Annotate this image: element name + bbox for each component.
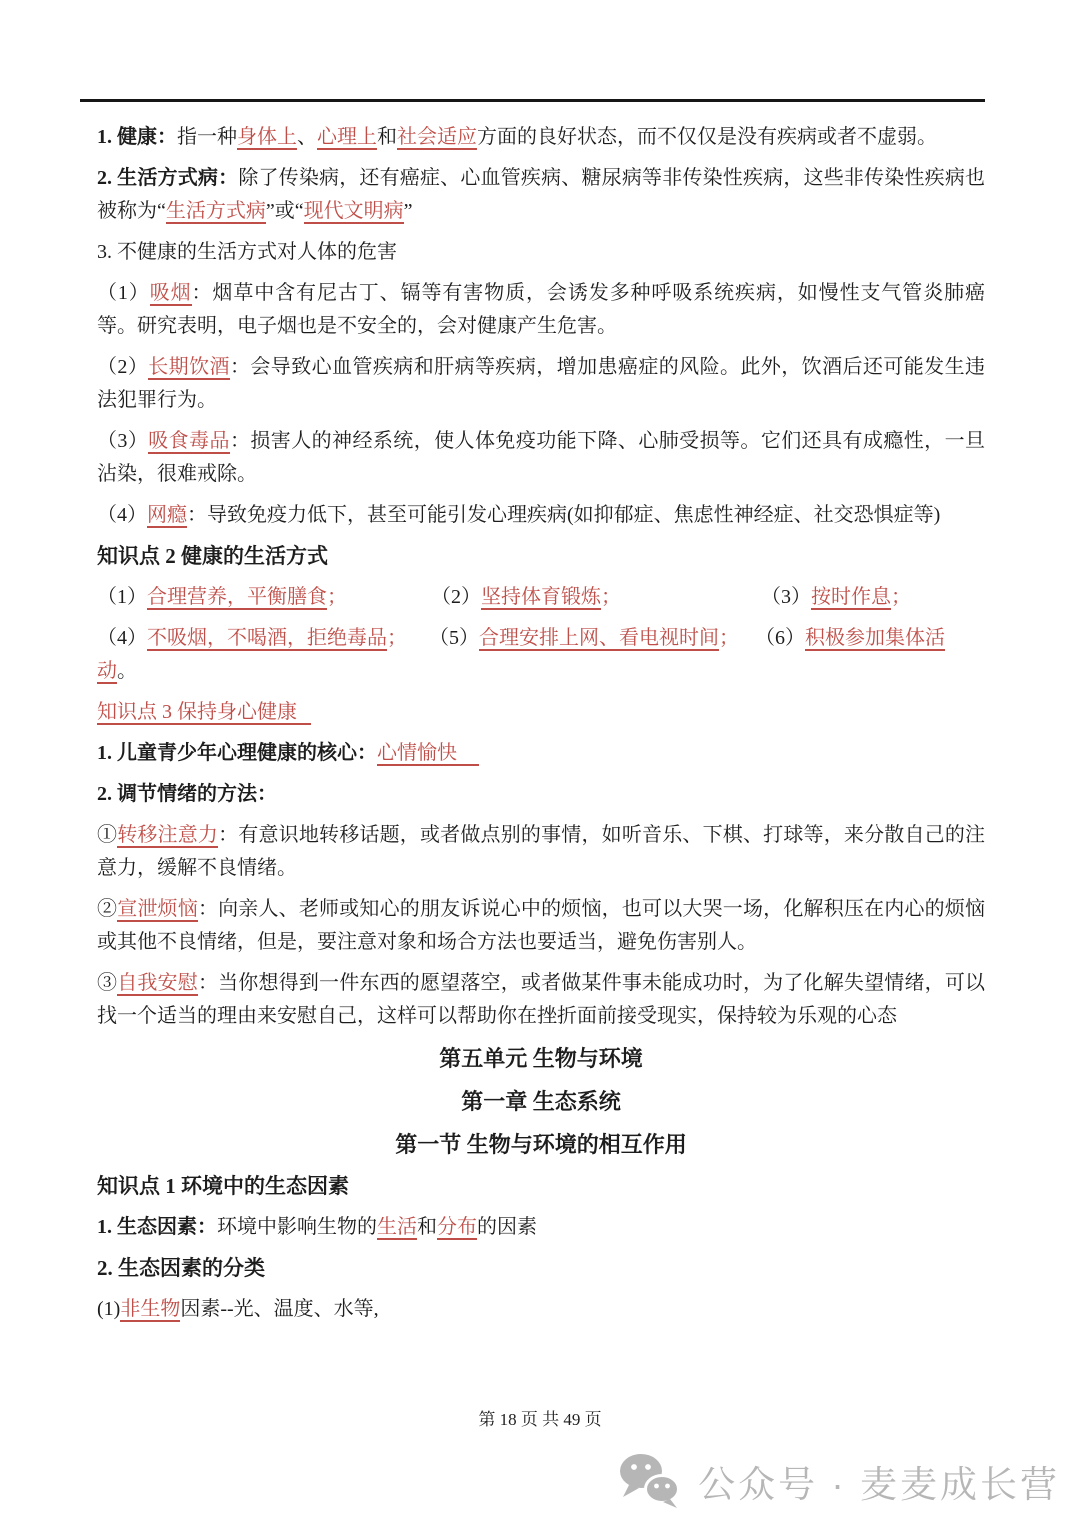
paragraph: 2. 生活方式病：除了传染病，还有癌症、心血管疾病、糖尿病等非传染性疾病，这些非…	[97, 162, 985, 228]
text-segment: ；	[891, 586, 911, 608]
centered-title: 第一章 生态系统	[97, 1084, 985, 1119]
text-segment: ；	[719, 627, 739, 649]
text-segment: 第一章 生态系统	[461, 1089, 621, 1114]
section-heading: 知识点 2 健康的生活方式	[97, 540, 985, 573]
page-number: 第 18 页 共 49 页	[0, 1405, 1080, 1430]
list-row: （4）不吸烟，不喝酒，拒绝毒品；（5）合理安排上网、看电视时间；（6）积极参加集…	[97, 622, 985, 688]
text-segment: （2）	[97, 356, 148, 378]
text-segment: 吸烟	[150, 282, 192, 306]
text-segment: 心理上	[317, 126, 377, 150]
text-segment: 3. 不健康的生活方式对人体的危害	[97, 241, 397, 263]
text-segment: （6）	[755, 627, 805, 649]
text-segment: ：向亲人、老师或知心的朋友诉说心中的烦恼，也可以大哭一场，化解积压在内心的烦恼或…	[97, 898, 985, 953]
text-segment: ；	[601, 586, 621, 608]
text-segment: 因素--光、温度、水等,	[180, 1298, 378, 1320]
text-segment: 生活	[377, 1216, 417, 1240]
text-segment: （4）	[97, 627, 147, 649]
text-segment: 2. 调节情绪的方法：	[97, 783, 277, 805]
text-segment: 1. 儿童青少年心理健康的核心：	[97, 742, 377, 764]
paragraph: 1. 健康：指一种身体上、心理上和社会适应方面的良好状态，而不仅仅是没有疾病或者…	[97, 121, 985, 154]
text-segment: 网瘾	[147, 504, 187, 528]
text-segment: ：导致免疫力低下，甚至可能引发心理疾病(如抑郁症、焦虑性神经症、社交恐惧症等)	[187, 504, 940, 526]
text-segment: ：烟草中含有尼古丁、镉等有害物质，会诱发多种呼吸系统疾病，如慢性支气管炎肺癌等。…	[97, 282, 985, 337]
paragraph: 知识点 3 保持身心健康	[97, 696, 985, 729]
watermark-label: 公众号 · 麦麦成长营	[698, 1454, 1060, 1508]
text-segment: （2）	[431, 586, 481, 608]
text-segment: 知识点 3 保持身心健康	[97, 701, 311, 725]
text-segment: 的因素	[477, 1216, 537, 1238]
text-segment: ”	[404, 200, 413, 222]
paragraph: (1)非生物因素--光、温度、水等,	[97, 1293, 985, 1326]
paragraph: （4）网瘾：导致免疫力低下，甚至可能引发心理疾病(如抑郁症、焦虑性神经症、社交恐…	[97, 499, 985, 532]
header-rule	[80, 99, 985, 102]
text-segment: 2. 生态因素的分类	[97, 1256, 265, 1280]
wechat-icon	[618, 1452, 682, 1510]
text-segment: ①	[97, 824, 117, 846]
text-segment: 合理营养，平衡膳食	[147, 586, 327, 610]
text-segment: (1)	[97, 1298, 120, 1320]
paragraph: ③自我安慰：当你想得到一件东西的愿望落空，或者做某件事未能成功时，为了化解失望情…	[97, 967, 985, 1033]
text-segment: 1. 健康：	[97, 126, 177, 148]
text-segment: ③	[97, 972, 117, 994]
paragraph: 1. 儿童青少年心理健康的核心：心情愉快	[97, 737, 985, 770]
text-segment: ：有意识地转移话题，或者做点别的事情，如听音乐、下棋、打球等，来分散自己的注意力…	[97, 824, 985, 879]
text-segment: 知识点 2 健康的生活方式	[97, 544, 328, 568]
text-segment: 动	[97, 660, 117, 684]
text-segment: 方面的良好状态，而不仅仅是没有疾病或者不虚弱。	[477, 126, 937, 148]
text-segment: 不吸烟，不喝酒，拒绝毒品	[147, 627, 387, 651]
text-segment: 坚持体育锻炼	[481, 586, 601, 610]
text-segment: ：当你想得到一件东西的愿望落空，或者做某件事未能成功时，为了化解失望情绪，可以找…	[97, 972, 985, 1027]
text-segment: 和	[417, 1216, 437, 1238]
watermark: 公众号 · 麦麦成长营	[618, 1452, 1060, 1510]
paragraph: ②宣泄烦恼：向亲人、老师或知心的朋友诉说心中的烦恼，也可以大哭一场，化解积压在内…	[97, 893, 985, 959]
text-segment: 。	[117, 660, 137, 682]
column-gap	[347, 602, 431, 603]
paragraph: 3. 不健康的生活方式对人体的危害	[97, 236, 985, 269]
paragraph: （3）吸食毒品：损害人的神经系统，使人体免疫功能下降、心肺受损等。它们还具有成瘾…	[97, 425, 985, 491]
text-segment: （5）	[429, 627, 479, 649]
section-heading: 2. 生态因素的分类	[97, 1252, 985, 1285]
text-segment: ；	[327, 586, 347, 608]
text-segment: 2. 生活方式病：	[97, 167, 238, 189]
text-segment: 第五单元 生物与环境	[439, 1046, 643, 1071]
text-segment: 自我安慰	[117, 972, 198, 996]
text-segment: ：损害人的神经系统，使人体免疫功能下降、心肺受损等。它们还具有成瘾性，一旦沾染，…	[97, 430, 985, 485]
text-segment: 心情愉快	[377, 742, 479, 766]
text-segment: 转移注意力	[117, 824, 218, 848]
text-segment: 、	[297, 126, 317, 148]
text-segment: 长期饮酒	[148, 356, 230, 380]
column-gap	[739, 643, 755, 644]
paragraph: 1. 生态因素：环境中影响生物的生活和分布的因素	[97, 1211, 985, 1244]
text-segment: 现代文明病	[304, 200, 404, 224]
text-segment: ”或“	[266, 200, 304, 222]
text-segment: 知识点 1 环境中的生态因素	[97, 1174, 349, 1198]
text-segment: （1）	[97, 282, 150, 304]
text-segment: 吸食毒品	[148, 430, 230, 454]
section-heading: 知识点 1 环境中的生态因素	[97, 1170, 985, 1203]
text-segment: 宣泄烦恼	[117, 898, 198, 922]
text-segment: 分布	[437, 1216, 477, 1240]
text-segment: 和	[377, 126, 397, 148]
list-row: （1）合理营养，平衡膳食；（2）坚持体育锻炼；（3）按时作息；	[97, 581, 985, 614]
text-segment: （4）	[97, 504, 147, 526]
text-segment: 非生物	[120, 1298, 180, 1322]
text-segment: 生活方式病	[166, 200, 266, 224]
paragraph: （1）吸烟：烟草中含有尼古丁、镉等有害物质，会诱发多种呼吸系统疾病，如慢性支气管…	[97, 277, 985, 343]
text-segment: （1）	[97, 586, 147, 608]
document-body: 1. 健康：指一种身体上、心理上和社会适应方面的良好状态，而不仅仅是没有疾病或者…	[97, 113, 985, 1334]
text-segment: ；	[387, 627, 407, 649]
text-segment: 第一节 生物与环境的相互作用	[395, 1132, 687, 1157]
text-segment: 积极参加集体活	[805, 627, 945, 651]
paragraph: ①转移注意力：有意识地转移话题，或者做点别的事情，如听音乐、下棋、打球等，来分散…	[97, 819, 985, 885]
text-segment: 社会适应	[397, 126, 477, 150]
document-page: 1. 健康：指一种身体上、心理上和社会适应方面的良好状态，而不仅仅是没有疾病或者…	[0, 0, 1080, 1527]
text-segment: （3）	[97, 430, 148, 452]
column-gap	[621, 602, 761, 603]
centered-title: 第一节 生物与环境的相互作用	[97, 1127, 985, 1162]
centered-title: 第五单元 生物与环境	[97, 1041, 985, 1076]
text-segment: 按时作息	[811, 586, 891, 610]
paragraph: （2）长期饮酒：会导致心血管疾病和肝病等疾病，增加患癌症的风险。此外，饮酒后还可…	[97, 351, 985, 417]
paragraph: 2. 调节情绪的方法：	[97, 778, 985, 811]
text-segment: 1. 生态因素：	[97, 1216, 217, 1238]
column-gap	[407, 643, 429, 644]
text-segment: 指一种	[177, 126, 237, 148]
text-segment: ②	[97, 898, 117, 920]
text-segment: 合理安排上网、看电视时间	[479, 627, 719, 651]
text-segment: 环境中影响生物的	[217, 1216, 377, 1238]
text-segment: （3）	[761, 586, 811, 608]
text-segment: ：会导致心血管疾病和肝病等疾病，增加患癌症的风险。此外，饮酒后还可能发生违法犯罪…	[97, 356, 985, 411]
text-segment: 身体上	[237, 126, 297, 150]
